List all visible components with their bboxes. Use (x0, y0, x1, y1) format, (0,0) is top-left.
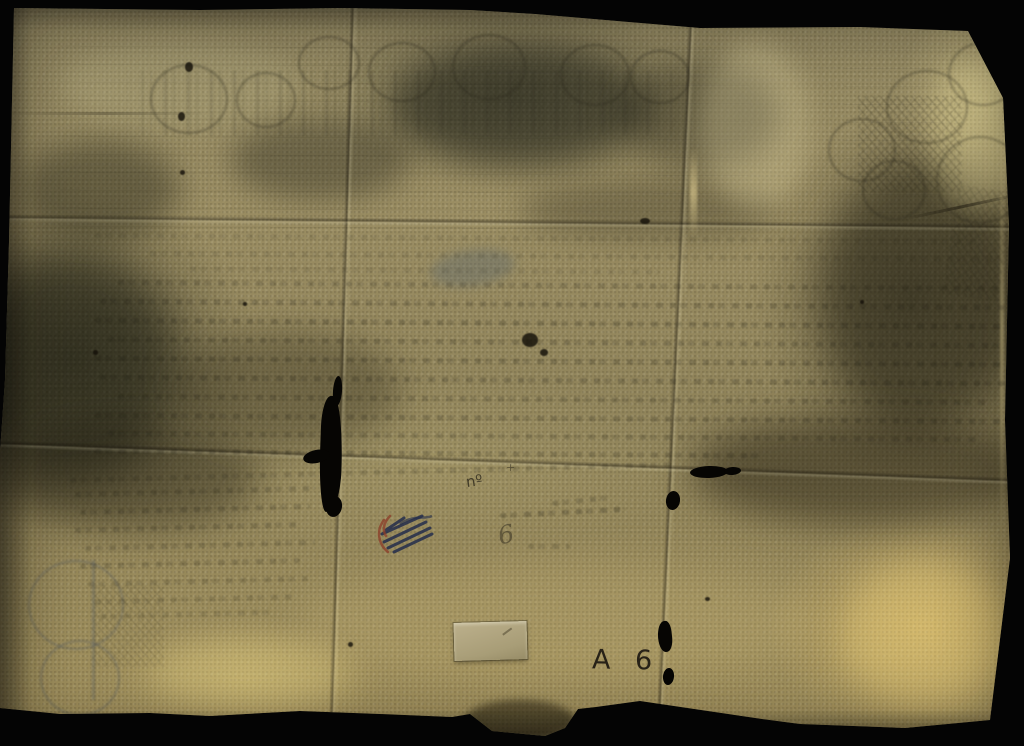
photograph-of-parchment-charter: nº + 6 A 6 (0, 0, 1024, 746)
parchment-sheet: nº + 6 A 6 (0, 0, 1024, 746)
edge-vignette (0, 0, 1024, 746)
